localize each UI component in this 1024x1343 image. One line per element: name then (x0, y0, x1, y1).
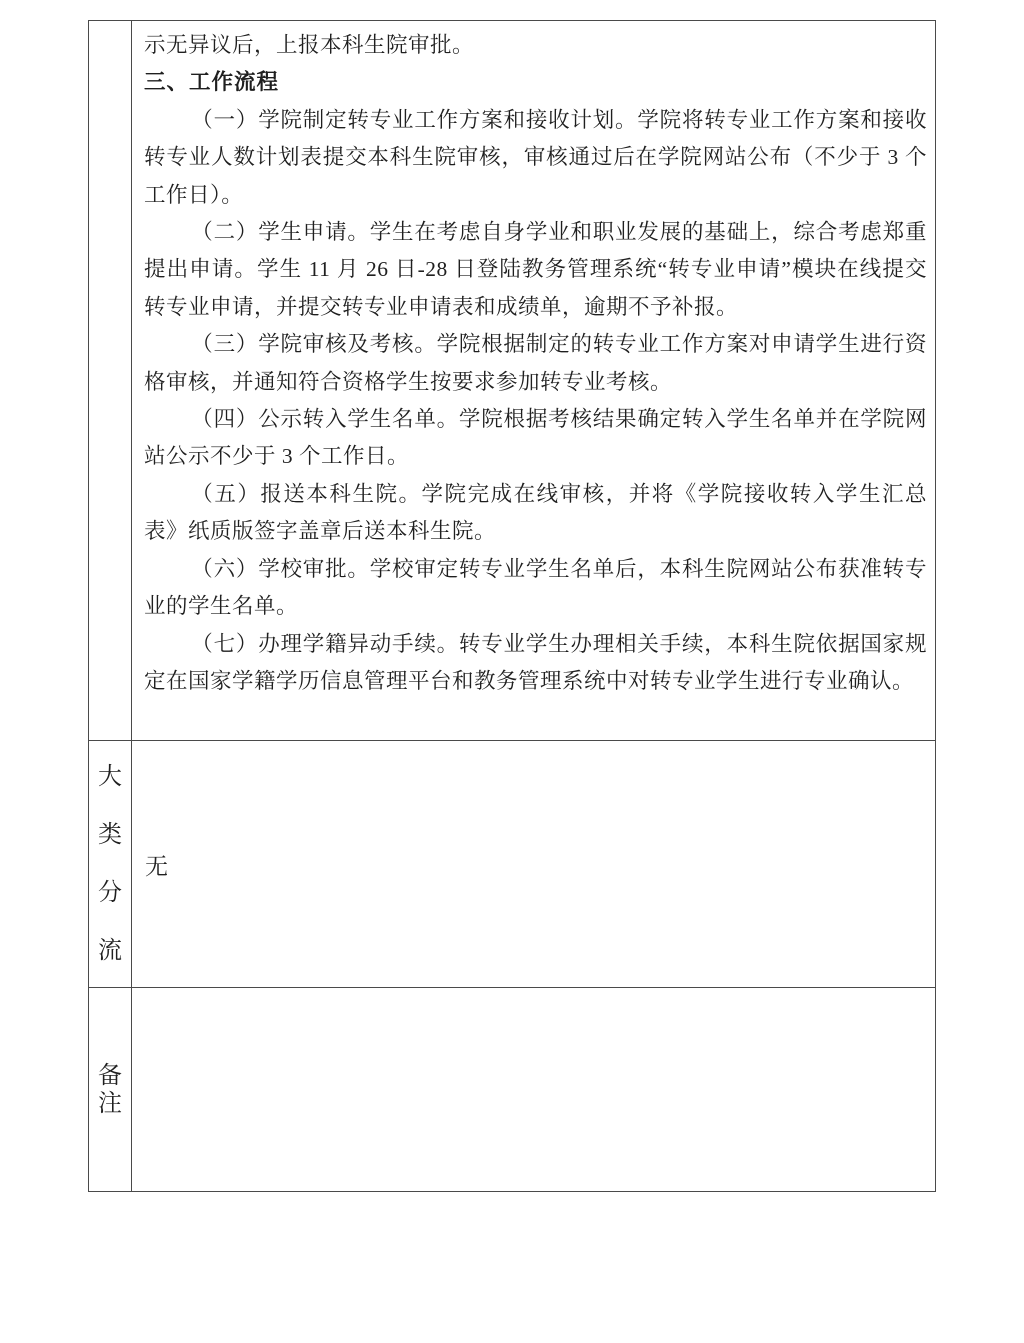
workflow-step-3: （三）学院审核及考核。学院根据制定的转专业工作方案对申请学生进行资格审核，并通知… (144, 326, 927, 401)
document-table: 示无异议后，上报本科生院审批。 三、工作流程 （一）学院制定转专业工作方案和接收… (88, 20, 936, 1192)
workflow-step-1: （一）学院制定转专业工作方案和接收计划。学院将转专业工作方案和接收转专业人数计划… (144, 102, 927, 214)
major-split-value-cell: 无 (132, 741, 935, 988)
remarks-label-cell: 备注 (89, 988, 132, 1191)
workflow-step-5: （五）报送本科生院。学院完成在线审核，并将《学院接收转入学生汇总表》纸质版签字盖… (144, 476, 927, 551)
major-split-label: 大类分流 (95, 748, 125, 980)
remarks-label: 备注 (95, 1062, 125, 1118)
workflow-step-6: （六）学校审批。学校审定转专业学生名单后，本科生院网站公布获准转专业的学生名单。 (144, 551, 927, 626)
major-split-label-cell: 大类分流 (89, 741, 132, 988)
workflow-label-cell-empty (89, 21, 132, 741)
continuation-line: 示无异议后，上报本科生院审批。 (144, 27, 927, 64)
section-heading: 三、工作流程 (144, 64, 927, 101)
document-page: { "colors": { "background": "#ffffff", "… (0, 0, 1024, 1343)
workflow-step-4: （四）公示转入学生名单。学院根据考核结果确定转入学生名单并在学院网站公示不少于 … (144, 401, 927, 476)
major-split-value: 无 (145, 848, 168, 881)
workflow-content-cell: 示无异议后，上报本科生院审批。 三、工作流程 （一）学院制定转专业工作方案和接收… (132, 21, 935, 741)
remarks-value-cell (132, 988, 935, 1191)
workflow-step-7: （七）办理学籍异动手续。转专业学生办理相关手续，本科生院依据国家规定在国家学籍学… (144, 626, 927, 701)
workflow-step-2: （二）学生申请。学生在考虑自身学业和职业发展的基础上，综合考虑郑重提出申请。学生… (144, 214, 927, 326)
